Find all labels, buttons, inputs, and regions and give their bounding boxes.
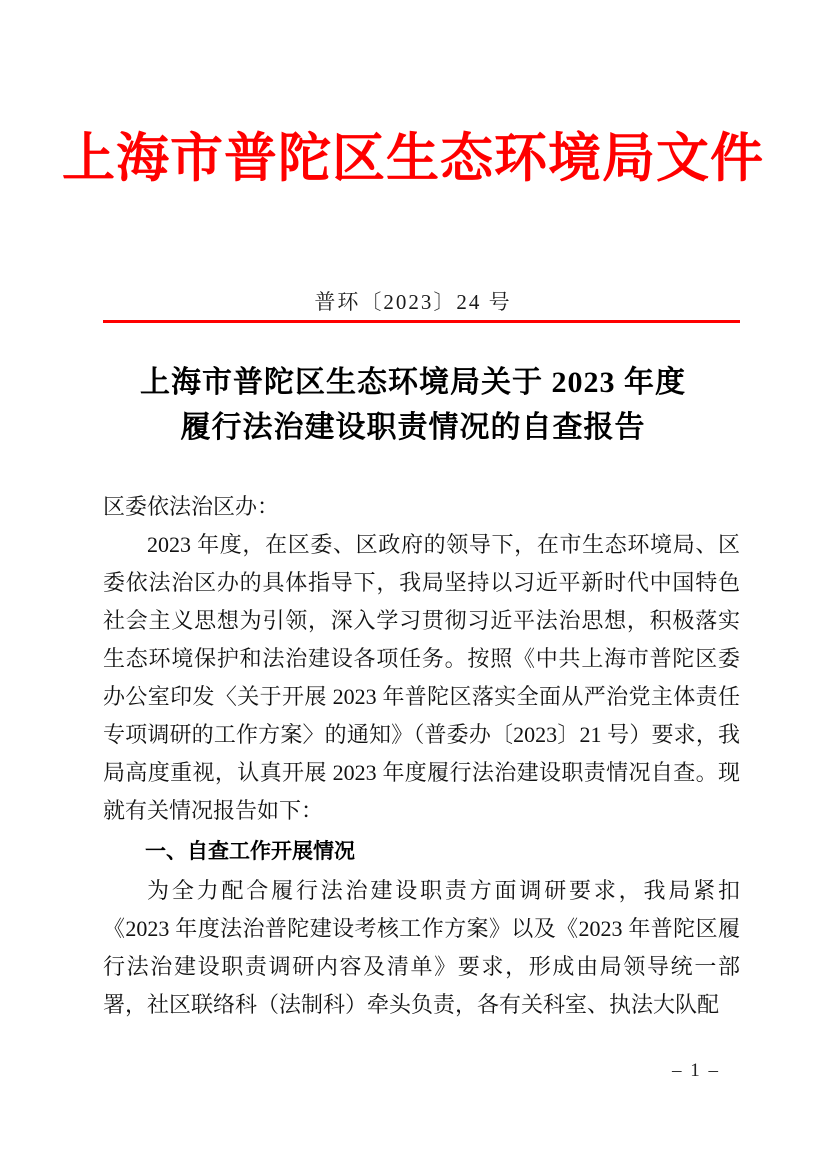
page-number: – 1 – bbox=[672, 1060, 720, 1082]
red-divider-rule bbox=[103, 320, 740, 323]
red-header-banner: 上海市普陀区生态环境局文件 bbox=[0, 116, 826, 192]
document-title-line1: 上海市普陀区生态环境局关于 2023 年度 bbox=[63, 360, 763, 405]
document-number: 普环〔2023〕24 号 bbox=[0, 286, 826, 316]
section-1-heading: 一、自查工作开展情况 bbox=[103, 833, 740, 871]
document-title-line2: 履行法治建设职责情况的自查报告 bbox=[63, 405, 763, 450]
document-body: 区委依法治区办： 2023 年度，在区委、区政府的领导下，在市生态环境局、区委依… bbox=[103, 488, 740, 1024]
body-paragraph-1: 2023 年度，在区委、区政府的领导下，在市生态环境局、区委依法治区办的具体指导… bbox=[103, 526, 740, 830]
body-paragraph-2: 为全力配合履行法治建设职责方面调研要求，我局紧扣《2023 年度法治普陀建设考核… bbox=[103, 872, 740, 1024]
salutation: 区委依法治区办： bbox=[103, 488, 740, 526]
document-page: 上海市普陀区生态环境局文件 普环〔2023〕24 号 上海市普陀区生态环境局关于… bbox=[0, 0, 826, 1169]
document-title: 上海市普陀区生态环境局关于 2023 年度 履行法治建设职责情况的自查报告 bbox=[63, 360, 763, 450]
